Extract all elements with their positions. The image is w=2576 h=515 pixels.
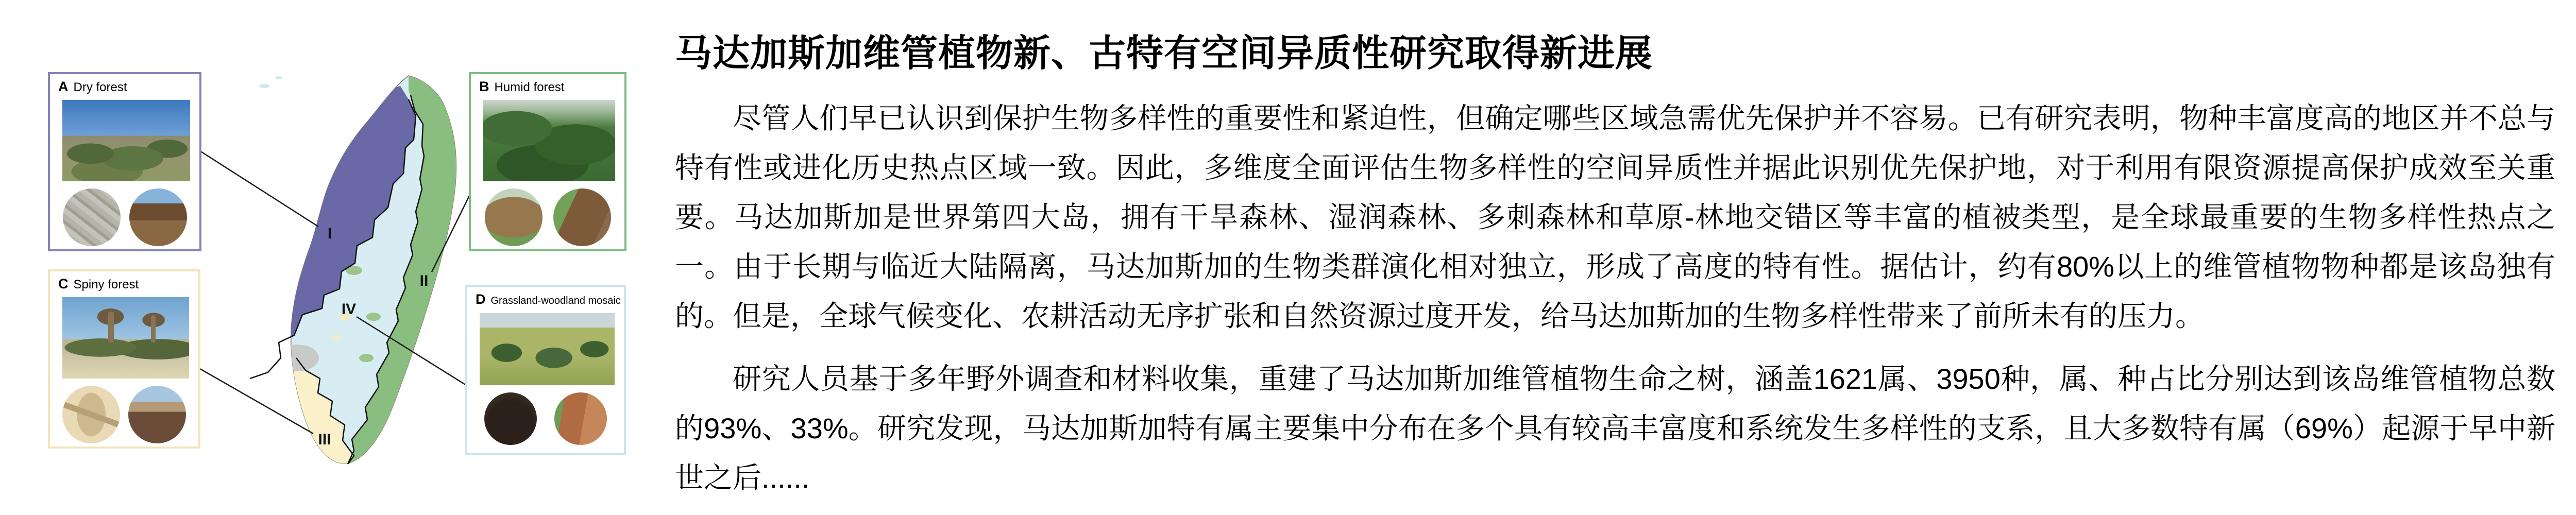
spiny-forest-charcoal-sacks-photo bbox=[128, 386, 186, 443]
panel-b-letter: B bbox=[479, 79, 489, 94]
figure-panel-dry-forest: ADry forest bbox=[48, 72, 201, 251]
islet bbox=[275, 76, 282, 79]
panel-c-letter: C bbox=[58, 276, 69, 291]
map-label-II: II bbox=[420, 272, 429, 289]
article-paragraph-1: 尽管人们早已认识到保护生物多样性的重要性和紧迫性，但确定哪些区域急需优先保护并不… bbox=[675, 94, 2555, 341]
panel-a-label: Dry forest bbox=[74, 80, 127, 94]
map-label-III: III bbox=[318, 431, 331, 448]
panel-a-heading: ADry forest bbox=[50, 74, 199, 98]
panel-b-label: Humid forest bbox=[495, 80, 565, 94]
figure-panel-humid-forest: BHumid forest bbox=[469, 72, 626, 251]
callout-line-a bbox=[200, 151, 318, 227]
humid-forest-hut-photo bbox=[485, 188, 543, 246]
figure-panel-spiny-forest: CSpiny forest bbox=[48, 269, 200, 449]
panel-d-label: Grassland-woodland mosaic bbox=[491, 295, 621, 306]
article: 马达加斯加维管植物新、古特有空间异质性研究取得新进展 尽管人们早已认识到保护生物… bbox=[675, 27, 2555, 503]
panel-c-heading: CSpiny forest bbox=[50, 271, 198, 295]
article-title: 马达加斯加维管植物新、古特有空间异质性研究取得新进展 bbox=[675, 27, 2555, 80]
map-speck bbox=[359, 354, 374, 362]
page: I II III IV ADry forest BHumid forest bbox=[0, 0, 2576, 515]
panel-c-label: Spiny forest bbox=[74, 278, 139, 291]
panel-a-letter: A bbox=[58, 79, 69, 94]
map-label-I: I bbox=[328, 225, 332, 242]
panel-d-letter: D bbox=[476, 291, 486, 307]
map-label-IV: IV bbox=[342, 301, 356, 318]
panel-d-heading: DGrassland-woodland mosaic bbox=[467, 287, 624, 311]
grassland-charcoal-photo bbox=[484, 392, 537, 445]
grassland-eroded-soil-photo bbox=[554, 392, 607, 445]
map-group: I II III IV bbox=[229, 68, 466, 492]
map-speck bbox=[366, 313, 381, 321]
spiny-forest-baobab-photo bbox=[62, 297, 189, 379]
islet bbox=[259, 84, 269, 88]
dry-forest-cut-branches-photo bbox=[63, 188, 121, 246]
spiny-forest-wood-cutting-photo bbox=[62, 386, 120, 443]
grassland-woodland-landscape-photo bbox=[480, 313, 615, 385]
map-speck bbox=[332, 334, 341, 340]
figure-panel-grassland-woodland: DGrassland-woodland mosaic bbox=[465, 285, 626, 455]
article-paragraph-2: 研究人员基于多年野外调查和材料收集，重建了马达加斯加维管植物生命之树，涵盖162… bbox=[675, 354, 2555, 503]
dry-forest-landscape-photo bbox=[62, 100, 190, 181]
humid-forest-landscape-photo bbox=[483, 100, 615, 181]
panel-b-heading: BHumid forest bbox=[471, 74, 624, 98]
humid-forest-cleared-slope-photo bbox=[553, 188, 611, 246]
dry-forest-cleared-land-photo bbox=[129, 188, 187, 246]
map-grey-patch bbox=[276, 345, 319, 371]
